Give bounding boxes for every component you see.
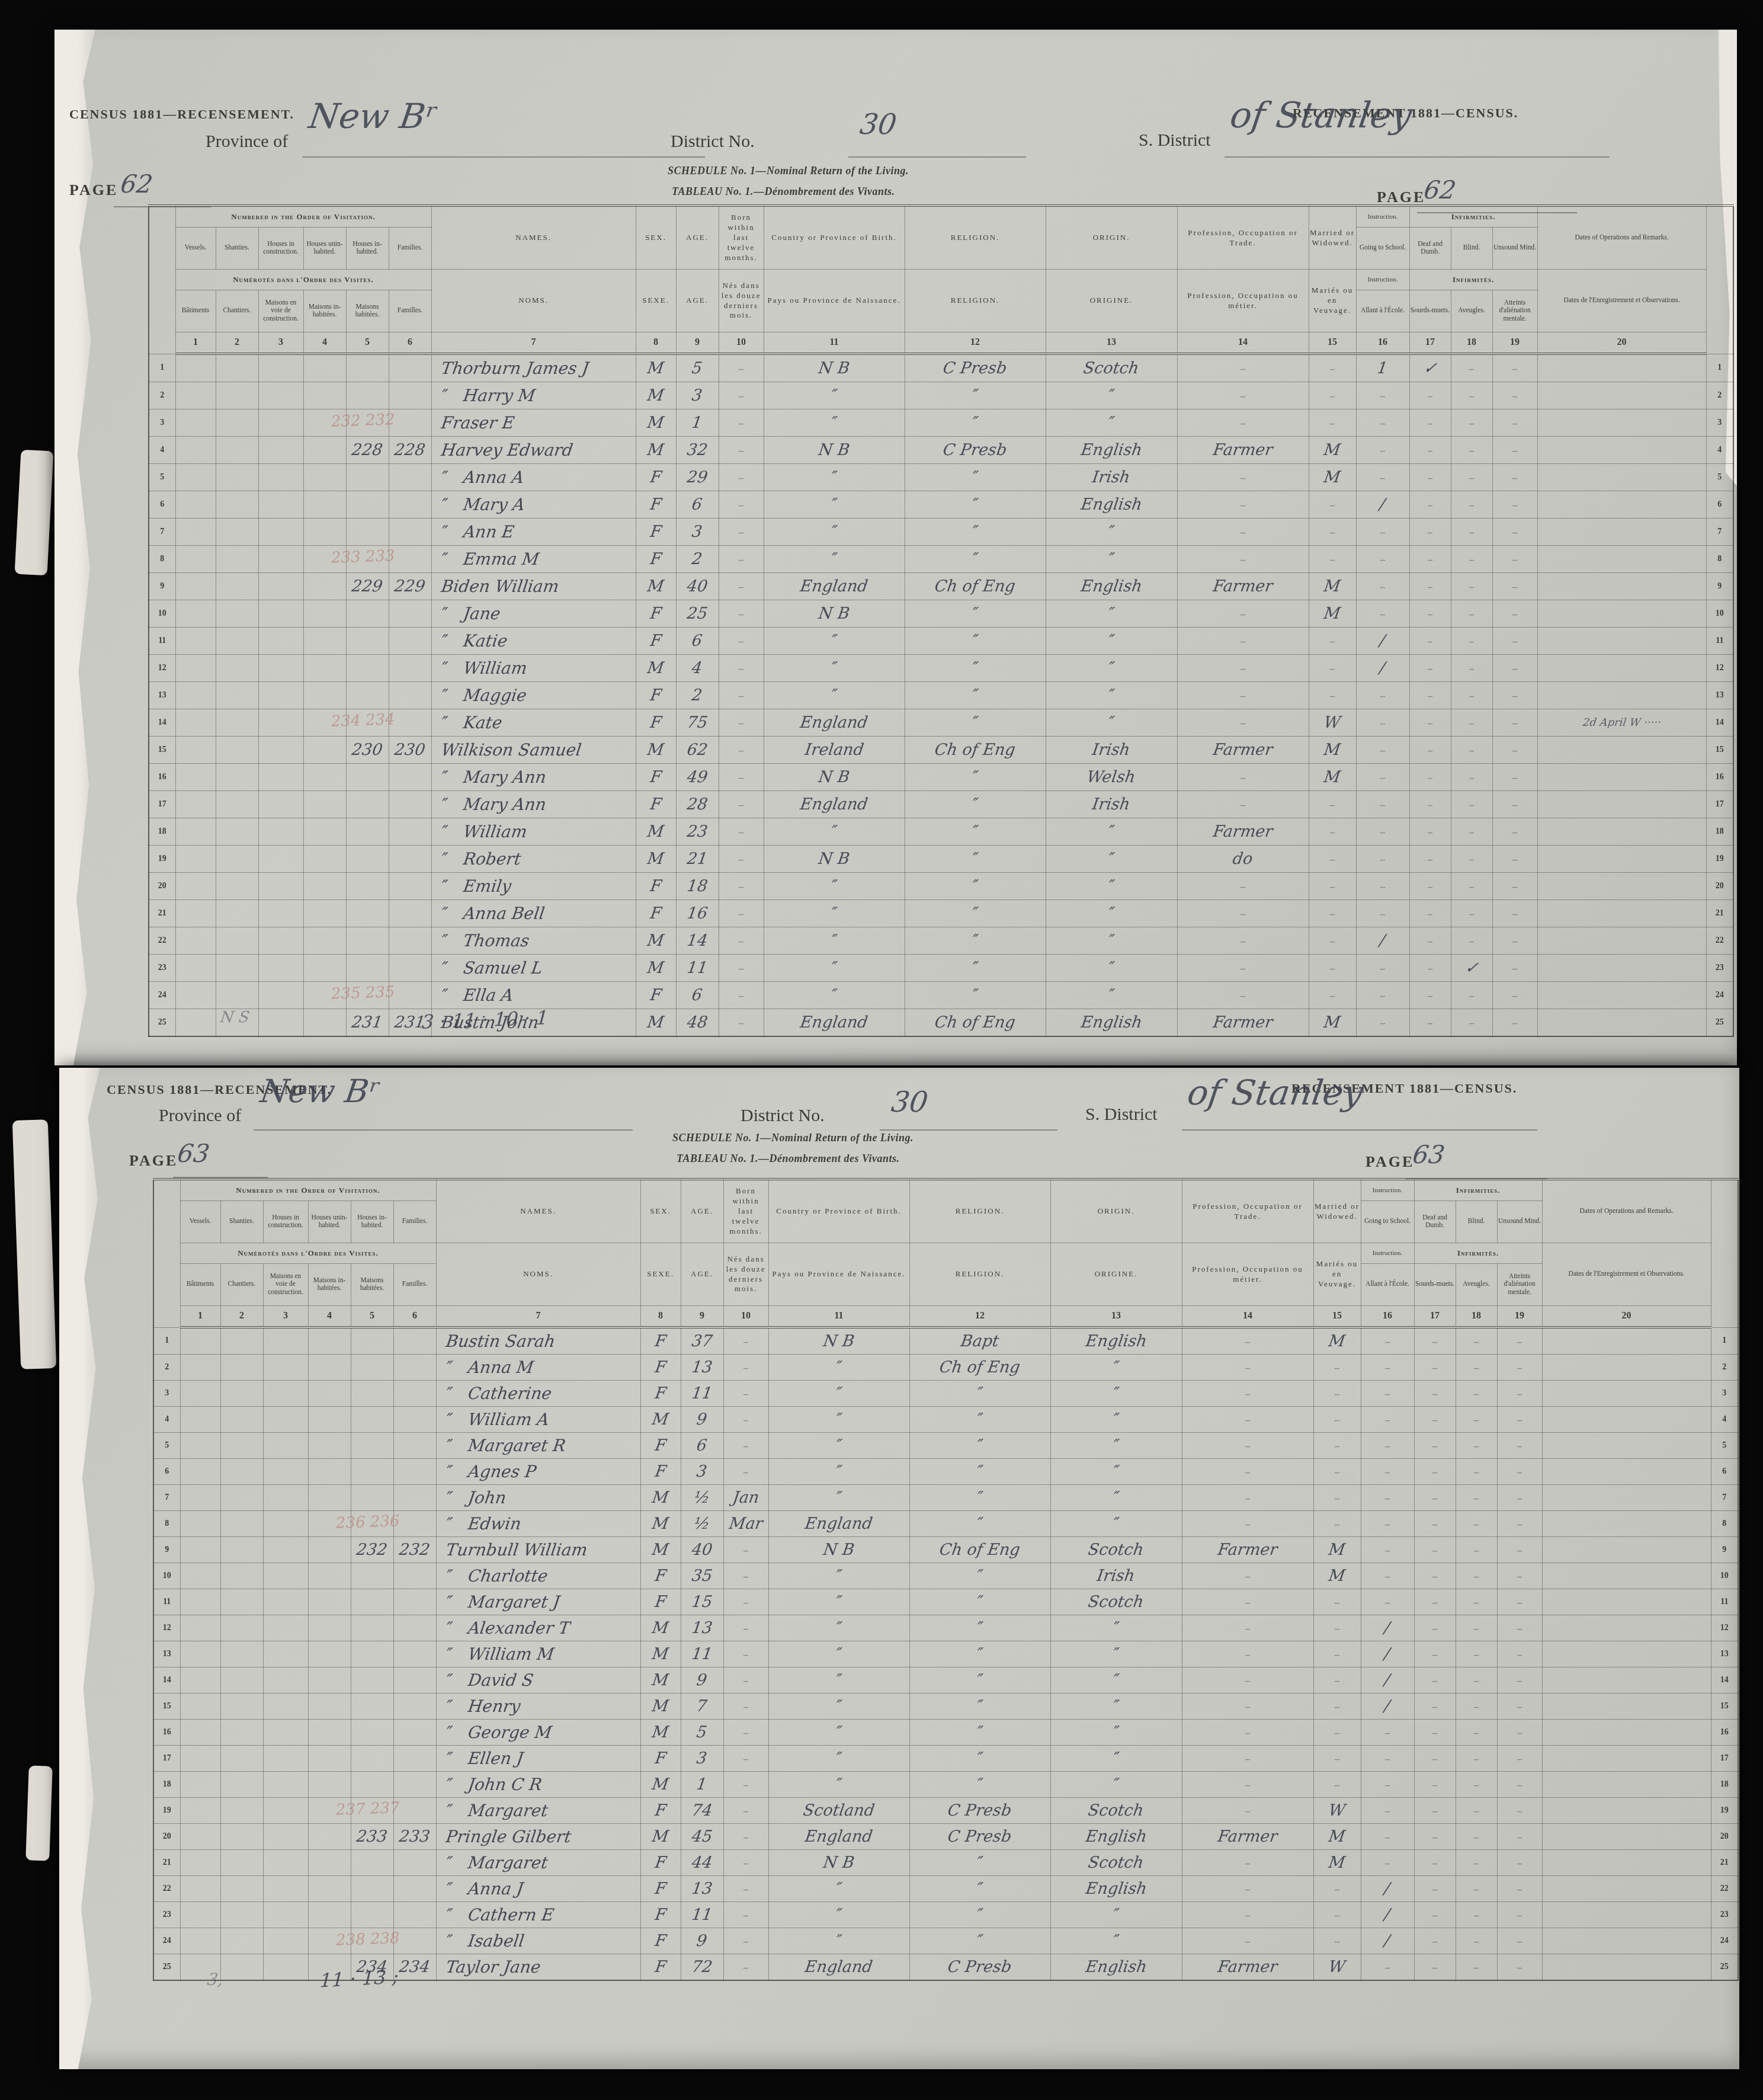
cell — [258, 791, 303, 818]
cell — [258, 709, 303, 737]
census-row-3: 3232 232Fraser EM1–″″″––––––3 — [149, 409, 1733, 437]
blind-cell: – — [1456, 1485, 1497, 1511]
cell — [258, 764, 303, 791]
row-number: 3 — [1711, 1381, 1738, 1407]
birthplace-cell: ″ — [764, 818, 905, 846]
cell — [258, 682, 303, 709]
cell — [180, 1772, 220, 1798]
row-number: 11 — [1706, 628, 1733, 655]
profession-cell: – — [1177, 900, 1309, 927]
name-cell: ″ Katie — [431, 628, 636, 655]
cell — [175, 518, 216, 546]
province-label: Province of — [206, 132, 288, 152]
column-header-fr: Sourds-muets. — [1414, 1264, 1456, 1306]
remarks-cell — [1537, 791, 1706, 818]
religion-cell: ″ — [909, 1928, 1050, 1954]
family-number-cell — [393, 1433, 436, 1459]
row-number: 10 — [1706, 600, 1733, 628]
marital-cell: – — [1309, 818, 1356, 846]
row-number: 21 — [153, 1850, 180, 1876]
blind-cell: – — [1456, 1407, 1497, 1433]
unsound-mind-cell: – — [1492, 437, 1537, 464]
cell — [175, 600, 216, 628]
page-number-right: 63 — [1411, 1140, 1447, 1169]
deaf-cell: – — [1409, 818, 1451, 846]
house-number-cell — [346, 491, 389, 518]
origin-cell: ″ — [1046, 382, 1177, 409]
house-number-cell — [351, 1667, 393, 1694]
cell — [220, 1459, 263, 1485]
column-number: 12 — [909, 1306, 1050, 1328]
column-number: 1 — [180, 1306, 220, 1328]
person-name: ″ Margaret — [445, 1855, 549, 1871]
age-cell: 5 — [676, 354, 719, 382]
remarks-cell — [1542, 1355, 1711, 1381]
cell — [175, 409, 216, 437]
school-cell: / — [1361, 1694, 1414, 1720]
unsound-mind-cell: – — [1492, 573, 1537, 600]
column-header-fr: Atteints d'aliéna­tion mentale. — [1497, 1264, 1542, 1306]
person-name: Bustin Sarah — [445, 1333, 556, 1350]
cell — [216, 464, 258, 491]
age-cell: 40 — [676, 573, 719, 600]
remarks-cell — [1537, 764, 1706, 791]
unsound-mind-cell: – — [1497, 1511, 1542, 1537]
origin-cell: English — [1046, 573, 1177, 600]
name-cell: ″ William — [431, 818, 636, 846]
person-name: ″ Anna J — [445, 1881, 524, 1897]
sex-cell: M — [636, 437, 676, 464]
deaf-cell: – — [1414, 1381, 1456, 1407]
blind-cell: – — [1451, 737, 1492, 764]
row-number: 1 — [153, 1327, 180, 1355]
row-number: 2 — [149, 382, 175, 409]
cell — [220, 1381, 263, 1407]
row-number: 7 — [149, 518, 175, 546]
remarks-cell — [1542, 1433, 1711, 1459]
birthplace-cell: ″ — [768, 1772, 909, 1798]
sex-cell: M — [636, 1009, 676, 1037]
sex-cell: M — [636, 573, 676, 600]
cell — [263, 1433, 308, 1459]
origin-cell: ″ — [1046, 955, 1177, 982]
row-number: 2 — [153, 1355, 180, 1381]
cell — [180, 1798, 220, 1824]
house-number-cell — [351, 1589, 393, 1615]
unsound-mind-cell: – — [1497, 1746, 1542, 1772]
census-row-15: 15230230Wilkison SamuelM62–IrelandCh of … — [149, 737, 1733, 764]
born-month-cell: – — [719, 737, 764, 764]
marital-cell: – — [1313, 1355, 1361, 1381]
column-number: 11 — [764, 332, 905, 354]
remarks-cell — [1537, 354, 1706, 382]
religion-cell: ″ — [909, 1511, 1050, 1537]
cell — [175, 382, 216, 409]
sub-district-label: S. District — [1085, 1105, 1158, 1125]
cell — [175, 573, 216, 600]
deaf-cell: – — [1414, 1850, 1456, 1876]
religion-cell: ″ — [909, 1615, 1050, 1641]
profession-cell: Farmer — [1177, 737, 1309, 764]
column-header: Unsound Mind. — [1492, 228, 1537, 270]
school-cell: – — [1356, 600, 1409, 628]
profession-cell: – — [1177, 655, 1309, 682]
census-page-62: CENSUS 1881—RECENSEMENT. RECENSEMENT 188… — [55, 30, 1737, 1065]
schedule-title-en: SCHEDULE No. 1—Nominal Return of the Liv… — [668, 165, 909, 177]
cell — [258, 382, 303, 409]
marital-cell: – — [1313, 1876, 1361, 1902]
row-number: 20 — [153, 1824, 180, 1850]
house-number-cell — [351, 1407, 393, 1433]
row-number: 9 — [1706, 573, 1733, 600]
born-month-cell: – — [719, 409, 764, 437]
sex-cell: F — [636, 546, 676, 573]
sex-cell: M — [640, 1720, 681, 1746]
cell — [180, 1511, 220, 1537]
family-number-cell — [389, 955, 431, 982]
cell — [216, 873, 258, 900]
house-number-cell — [351, 1641, 393, 1667]
blind-cell: – — [1451, 818, 1492, 846]
row-number: 8 — [1706, 546, 1733, 573]
birthplace-cell: ″ — [764, 464, 905, 491]
row-number: 12 — [149, 655, 175, 682]
name-cell: Fraser E — [431, 409, 636, 437]
name-cell: ″ Thomas — [431, 927, 636, 955]
religion-cell: ″ — [909, 1589, 1050, 1615]
name-cell: Pringle Gilbert — [436, 1824, 640, 1850]
age-cell: 3 — [681, 1459, 723, 1485]
row-number: 21 — [1706, 900, 1733, 927]
page-number-left: 62 — [119, 169, 155, 199]
cell — [308, 1746, 351, 1772]
religion-cell: ″ — [909, 1433, 1050, 1459]
blind-cell: – — [1456, 1537, 1497, 1563]
row-number: 15 — [149, 737, 175, 764]
family-number-cell — [389, 791, 431, 818]
column-header: AGE. — [676, 206, 719, 270]
age-cell: 1 — [681, 1772, 723, 1798]
cell — [220, 1667, 263, 1694]
row-number: 10 — [1711, 1563, 1738, 1589]
cell — [308, 1381, 351, 1407]
house-number-cell — [346, 818, 389, 846]
margin-note: N S — [219, 1009, 251, 1026]
column-header-fr: SEXE. — [636, 270, 676, 332]
cell — [180, 1563, 220, 1589]
deaf-cell: – — [1414, 1355, 1456, 1381]
deaf-cell: – — [1409, 682, 1451, 709]
birthplace-cell: England — [764, 791, 905, 818]
birthplace-cell: ″ — [764, 655, 905, 682]
person-name: ″ Anna A — [440, 469, 525, 486]
birthplace-cell: N B — [764, 354, 905, 382]
religion-cell: ″ — [909, 1641, 1050, 1667]
column-number: 5 — [351, 1306, 393, 1328]
cell — [180, 1589, 220, 1615]
marital-cell: – — [1309, 409, 1356, 437]
origin-cell: Welsh — [1046, 764, 1177, 791]
cell — [175, 791, 216, 818]
cell — [216, 982, 258, 1009]
blind-cell: – — [1456, 1381, 1497, 1407]
column-header: Dates of Operations and Remarks. — [1542, 1179, 1711, 1243]
cell — [258, 873, 303, 900]
cell — [308, 1876, 351, 1902]
school-cell: – — [1356, 982, 1409, 1009]
cell — [263, 1824, 308, 1850]
column-header: Houses in­habited. — [346, 228, 389, 270]
birthplace-cell: England — [768, 1954, 909, 1981]
column-header: NAMES. — [431, 206, 636, 270]
family-number-cell — [389, 655, 431, 682]
column-number: 16 — [1361, 1306, 1414, 1328]
cell — [180, 1537, 220, 1563]
sex-cell: M — [636, 655, 676, 682]
row-number: 23 — [153, 1902, 180, 1928]
name-cell: ″ Emily — [431, 873, 636, 900]
column-header: Vessels. — [175, 228, 216, 270]
cell — [263, 1876, 308, 1902]
cell — [263, 1459, 308, 1485]
row-number: 15 — [1706, 737, 1733, 764]
row-number: 17 — [149, 791, 175, 818]
cell — [220, 1720, 263, 1746]
cell — [175, 900, 216, 927]
name-cell: ″ William — [431, 655, 636, 682]
cell — [220, 1850, 263, 1876]
row-number: 13 — [1706, 682, 1733, 709]
cell — [263, 1746, 308, 1772]
marital-cell: – — [1313, 1459, 1361, 1485]
religion-cell: ″ — [905, 818, 1046, 846]
census-row-6: 6″ Agnes PF3–″″″––––––6 — [153, 1459, 1738, 1485]
census-row-10: 10″ CharlotteF35–″″Irish–M––––10 — [153, 1563, 1738, 1589]
census-row-23: 23″ Samuel LM11–″″″––––✓–23 — [149, 955, 1733, 982]
census-row-4: 4″ William AM9–″″″––––––4 — [153, 1407, 1738, 1433]
sex-cell: F — [636, 982, 676, 1009]
column-header-fr: Dates de l'Enregistrement et Observation… — [1537, 270, 1706, 332]
blind-cell: – — [1451, 873, 1492, 900]
remarks-cell — [1542, 1902, 1711, 1928]
origin-cell: ″ — [1046, 409, 1177, 437]
column-header: Shanties. — [216, 228, 258, 270]
visitation-group-header-fr: Numérotés dans l'Ordre des Visites. — [175, 270, 431, 290]
row-number: 3 — [1706, 409, 1733, 437]
row-number: 16 — [1706, 764, 1733, 791]
origin-cell: ″ — [1046, 600, 1177, 628]
row-number: 25 — [1711, 1954, 1738, 1981]
family-number-cell — [389, 846, 431, 873]
blind-cell: – — [1451, 982, 1492, 1009]
remarks-cell — [1542, 1694, 1711, 1720]
cell — [308, 1850, 351, 1876]
origin-cell: English — [1046, 1009, 1177, 1037]
remarks-cell — [1537, 464, 1706, 491]
column-header: Vessels. — [180, 1201, 220, 1243]
row-number: 22 — [153, 1876, 180, 1902]
family-number-cell — [393, 1407, 436, 1433]
census-row-5: 5″ Margaret RF6–″″″––––––5 — [153, 1433, 1738, 1459]
deaf-cell: – — [1409, 409, 1451, 437]
column-header: Profession, Occupation or Trade. — [1177, 206, 1309, 270]
schedule-title-en: SCHEDULE No. 1—Nominal Return of the Liv… — [672, 1132, 913, 1144]
unsound-mind-cell: – — [1492, 900, 1537, 927]
column-number: 17 — [1409, 332, 1451, 354]
family-number-cell — [389, 491, 431, 518]
profession-cell: – — [1182, 1928, 1313, 1954]
religion-cell: ″ — [905, 655, 1046, 682]
marital-cell: – — [1309, 900, 1356, 927]
born-month-cell: – — [723, 1720, 768, 1746]
school-cell: – — [1361, 1720, 1414, 1746]
religion-cell: C Presb — [909, 1954, 1050, 1981]
cell — [220, 1433, 263, 1459]
remarks-cell — [1537, 846, 1706, 873]
census-row-11: 11″ Margaret JF15–″″Scotch––––––11 — [153, 1589, 1738, 1615]
deaf-cell: – — [1409, 900, 1451, 927]
house-number-cell — [346, 628, 389, 655]
deaf-cell: – — [1414, 1485, 1456, 1511]
deaf-cell: – — [1414, 1589, 1456, 1615]
person-name: ″ Isabell — [445, 1933, 525, 1949]
religion-cell: C Presb — [905, 437, 1046, 464]
age-cell: 18 — [676, 873, 719, 900]
age-cell: 40 — [681, 1537, 723, 1563]
census-row-7: 7″ Ann EF3–″″″––––––7 — [149, 518, 1733, 546]
row-number: 11 — [153, 1589, 180, 1615]
school-cell: – — [1356, 546, 1409, 573]
column-number: 8 — [636, 332, 676, 354]
row-number: 24 — [1706, 982, 1733, 1009]
cell — [258, 982, 303, 1009]
age-cell: 3 — [676, 382, 719, 409]
district-label: District No. — [741, 1106, 825, 1126]
born-month-cell: – — [723, 1327, 768, 1355]
unsound-mind-cell: – — [1497, 1772, 1542, 1798]
house-number-cell — [346, 900, 389, 927]
cell — [263, 1850, 308, 1876]
cell — [216, 818, 258, 846]
school-cell: – — [1356, 873, 1409, 900]
origin-cell: Scotch — [1050, 1589, 1182, 1615]
name-cell: ″ Charlotte — [436, 1563, 640, 1589]
birthplace-cell: England — [768, 1511, 909, 1537]
cell — [216, 491, 258, 518]
remarks-cell — [1537, 873, 1706, 900]
visitation-group-header: Numbered in the Order of Visitation. — [180, 1179, 436, 1201]
column-number: 13 — [1050, 1306, 1182, 1328]
religion-cell: ″ — [909, 1381, 1050, 1407]
age-cell: 9 — [681, 1667, 723, 1694]
marital-cell: – — [1313, 1694, 1361, 1720]
birthplace-cell: ″ — [768, 1459, 909, 1485]
column-number: 6 — [393, 1306, 436, 1328]
house-number-cell: 232 — [351, 1537, 393, 1563]
name-cell: ″ Robert — [431, 846, 636, 873]
unsound-mind-cell: – — [1492, 354, 1537, 382]
name-cell: ″ Agnes P — [436, 1459, 640, 1485]
cell — [263, 1355, 308, 1381]
school-cell: – — [1361, 1850, 1414, 1876]
origin-cell: ″ — [1046, 927, 1177, 955]
deaf-cell: – — [1409, 982, 1451, 1009]
family-number-cell: 230 — [389, 737, 431, 764]
remarks-cell — [1537, 437, 1706, 464]
row-number: 3 — [149, 409, 175, 437]
cell — [263, 1511, 308, 1537]
family-number-cell: 228 — [389, 437, 431, 464]
birthplace-cell: ″ — [764, 546, 905, 573]
column-number: 7 — [431, 332, 636, 354]
archive-stamp: 238 238 — [335, 1929, 400, 1949]
birthplace-cell: England — [764, 709, 905, 737]
cell — [180, 1902, 220, 1928]
cell — [175, 491, 216, 518]
cell — [308, 1459, 351, 1485]
birthplace-cell: ″ — [768, 1381, 909, 1407]
name-cell: ″ Ann E — [431, 518, 636, 546]
marital-cell: – — [1313, 1641, 1361, 1667]
profession-cell: Farmer — [1182, 1954, 1313, 1981]
religion-cell: ″ — [909, 1902, 1050, 1928]
cell — [258, 491, 303, 518]
census-row-7: 7″ JohnM½Jan″″″––––––7 — [153, 1485, 1738, 1511]
born-month-cell: – — [719, 982, 764, 1009]
origin-cell: English — [1050, 1954, 1182, 1981]
birthplace-cell: ″ — [768, 1407, 909, 1433]
instruction-group-header-fr: Instruction. — [1356, 270, 1409, 290]
person-name: ″ Thomas — [440, 933, 530, 949]
sex-cell: M — [636, 409, 676, 437]
birthplace-cell: ″ — [768, 1615, 909, 1641]
remarks-cell — [1542, 1537, 1711, 1563]
unsound-mind-cell: – — [1497, 1459, 1542, 1485]
row-number: 5 — [1706, 464, 1733, 491]
name-cell: ″ Margaret — [436, 1850, 640, 1876]
cell — [175, 818, 216, 846]
row-number: 4 — [153, 1407, 180, 1433]
column-header-fr: Sourds-muets. — [1409, 290, 1451, 332]
deaf-cell: – — [1409, 464, 1451, 491]
origin-cell: ″ — [1050, 1485, 1182, 1511]
house-number-cell — [351, 1746, 393, 1772]
marital-cell: – — [1309, 546, 1356, 573]
age-cell: 14 — [676, 927, 719, 955]
cell — [175, 982, 216, 1009]
cell — [303, 655, 346, 682]
column-header-fr: Maisons habitées. — [346, 290, 389, 332]
cell — [180, 1928, 220, 1954]
sub-district-label: S. District — [1139, 130, 1211, 151]
born-month-cell: – — [719, 764, 764, 791]
census-row-5: 5″ Anna AF29–″″Irish–M––––5 — [149, 464, 1733, 491]
born-month-cell: – — [719, 491, 764, 518]
cell — [308, 1327, 351, 1355]
column-header-fr: NOMS. — [436, 1243, 640, 1306]
spine-fragment — [25, 1765, 53, 1861]
cell — [180, 1824, 220, 1850]
name-cell: ″ Alexander T — [436, 1615, 640, 1641]
born-month-cell: – — [719, 464, 764, 491]
census-row-1: 1Bustin SarahF37–N BBaptEnglish–M––––1 — [153, 1327, 1738, 1355]
house-number-cell — [346, 600, 389, 628]
cell — [258, 628, 303, 655]
cell — [258, 955, 303, 982]
marital-cell: – — [1309, 354, 1356, 382]
remarks-cell — [1542, 1954, 1711, 1981]
cell — [180, 1746, 220, 1772]
